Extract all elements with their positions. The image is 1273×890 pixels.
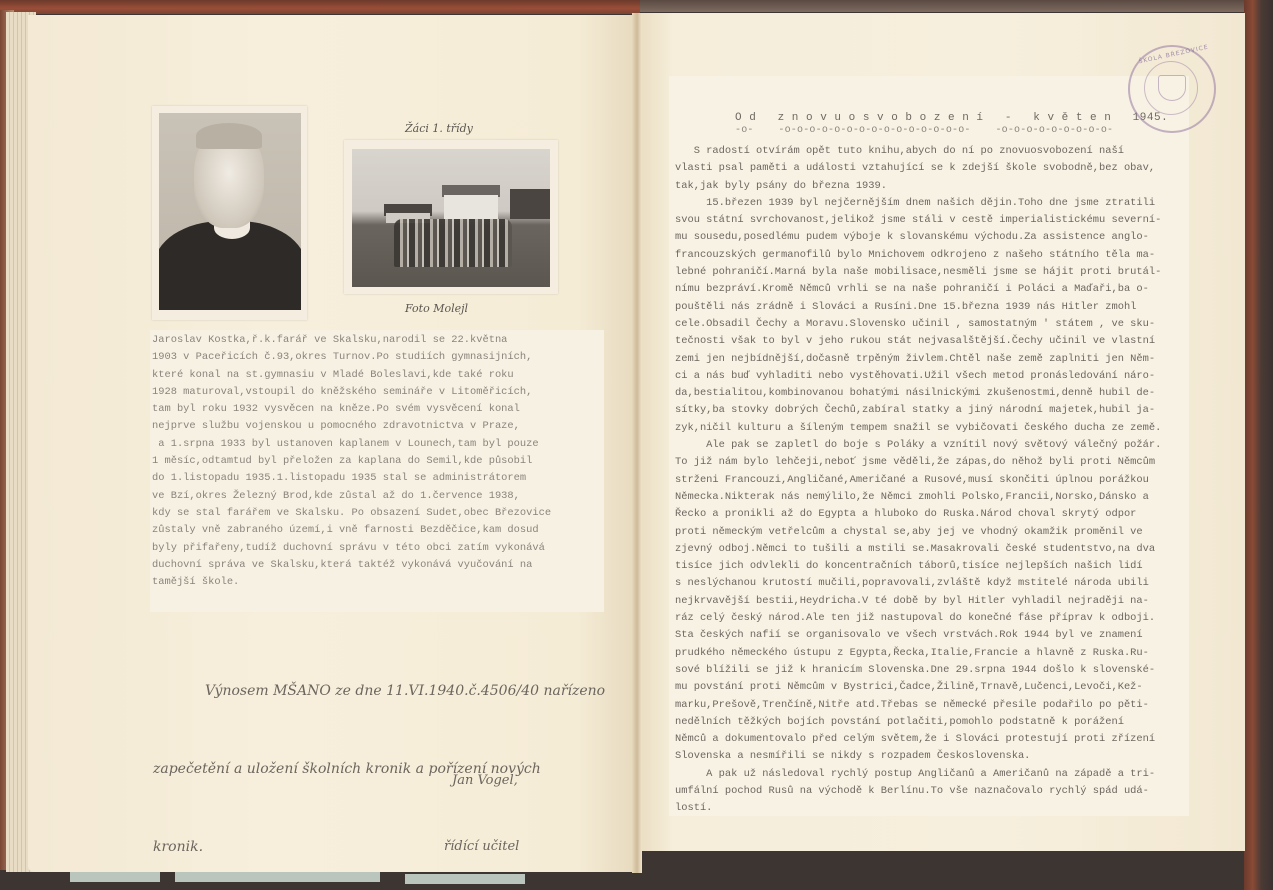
book-cover-top-right	[640, 0, 1250, 12]
book-cover-right	[1244, 0, 1273, 890]
school-stamp: ŠKOLA BŘEZOVICE	[1128, 45, 1216, 133]
signature-name: Jan Vogel,	[452, 770, 519, 792]
chronicle-body: S radostí otvírám opět tuto knihu,abych …	[675, 143, 1161, 818]
class-photo-image	[352, 149, 550, 287]
portrait-image	[159, 113, 301, 310]
portrait-photo	[152, 106, 307, 320]
chronicle-sheet: O d z n o v u o s v o b o z e n í - k v …	[669, 76, 1189, 816]
chronicle-heading: O d z n o v u o s v o b o z e n í - k v …	[735, 112, 1168, 124]
note-line: zapečetění a uložení školních kronik a p…	[153, 756, 605, 782]
signature-title: řídící učitel	[444, 836, 519, 858]
class-photo-caption-bottom: Foto Molejl	[405, 302, 468, 315]
class-photo-caption-top: Žáci 1. třídy	[405, 122, 473, 135]
priest-biography: Jaroslav Kostka,ř.k.farář ve Skalsku,nar…	[150, 330, 604, 612]
class-photo	[344, 140, 558, 294]
page-tab	[70, 872, 160, 882]
handwritten-note: Výnosem MŠANO ze dne 11.VI.1940.č.4506/4…	[205, 626, 605, 886]
book-cover-top-left	[0, 0, 640, 14]
book-gutter	[632, 13, 642, 873]
heading-underline: -o- -o-o-o-o-o-o-o-o-o-o-o-o-o-o-o- -o-o…	[735, 125, 1113, 136]
coat-of-arms-icon	[1158, 75, 1186, 101]
note-line: kronik.	[153, 834, 605, 860]
signature: Jan Vogel, řídící učitel	[452, 726, 519, 880]
biography-text: Jaroslav Kostka,ř.k.farář ve Skalsku,nar…	[150, 332, 551, 591]
schoolchildren-group	[394, 219, 512, 267]
note-line: Výnosem MŠANO ze dne 11.VI.1940.č.4506/4…	[205, 678, 605, 704]
